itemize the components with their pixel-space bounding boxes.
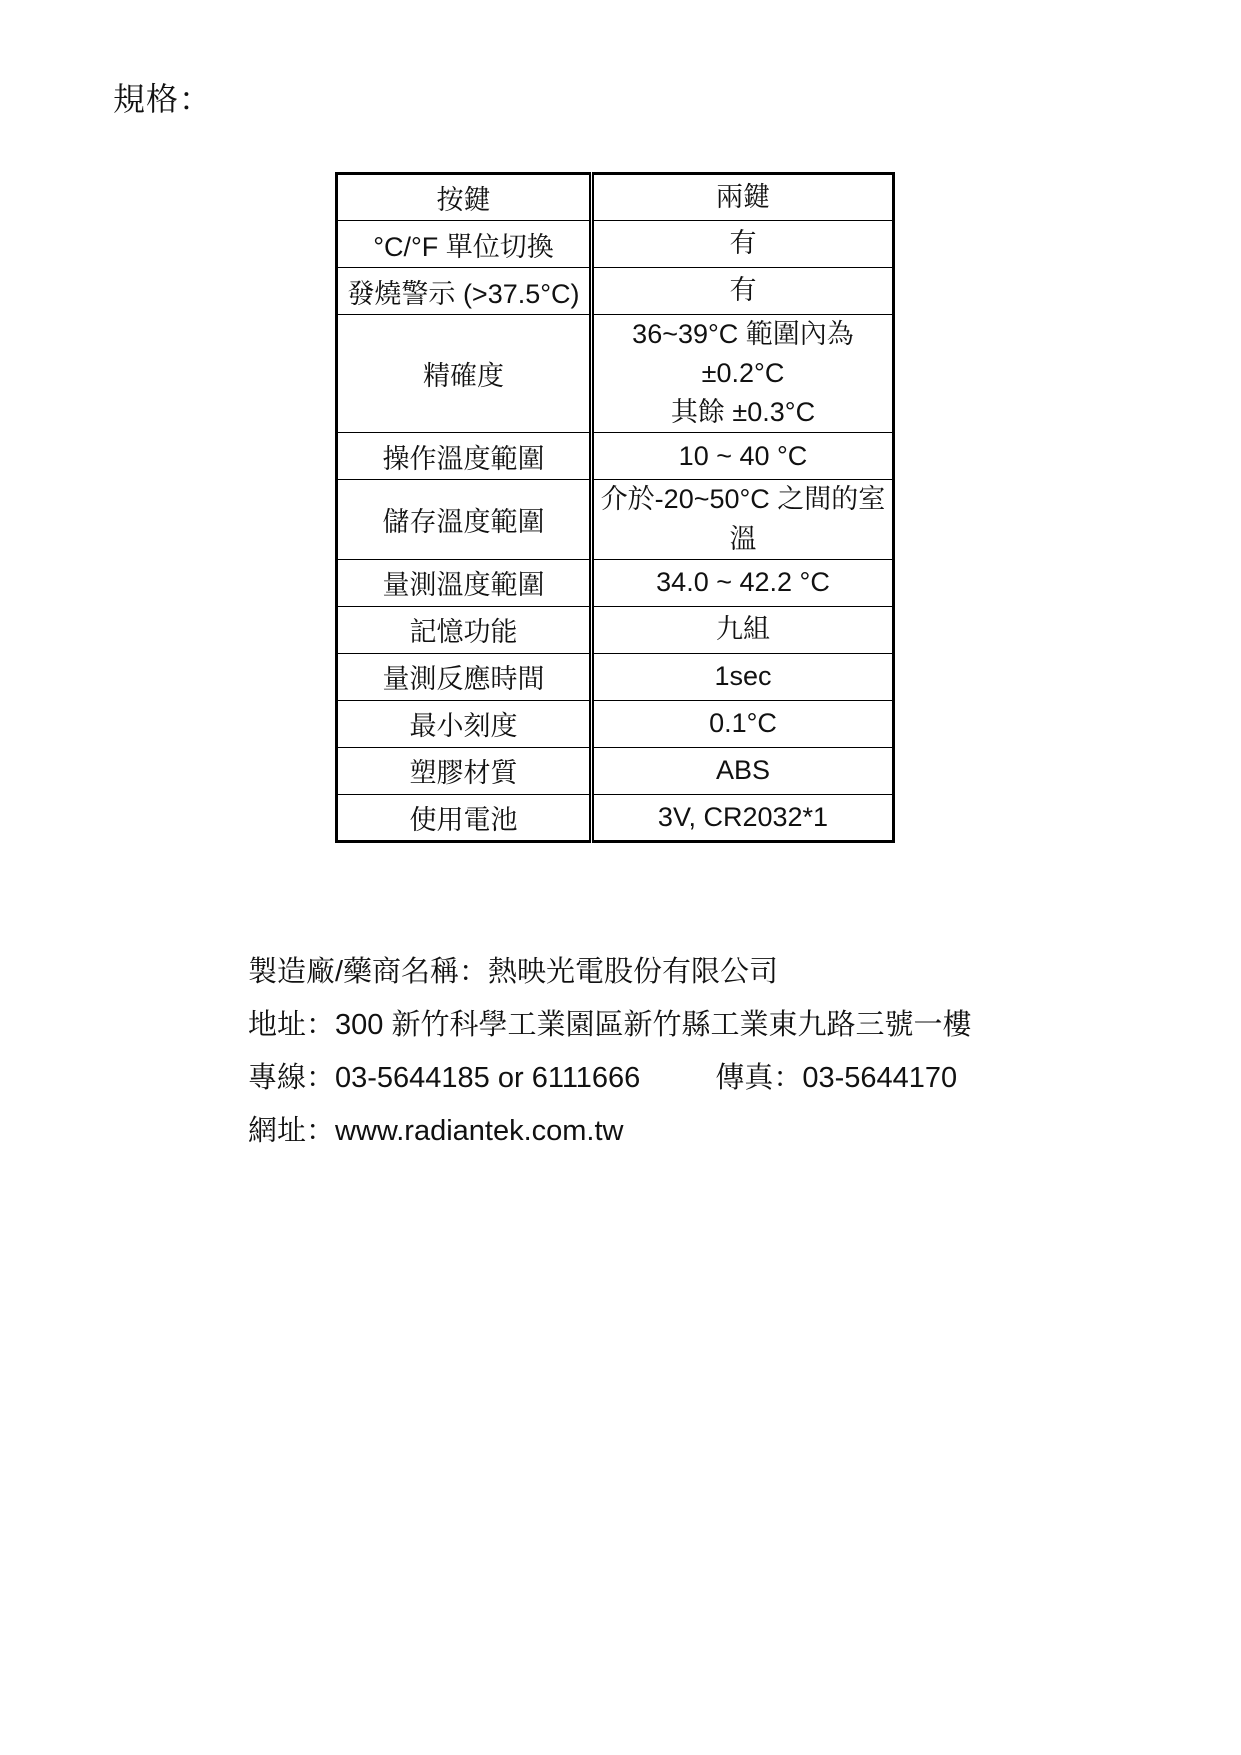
row-label: 塑膠材質 [337, 747, 592, 794]
row-value: 34.0 ~ 42.2 °C [592, 559, 894, 606]
table-row: 儲存溫度範圍 介於-20~50°C 之間的室溫 [337, 480, 894, 559]
row-label: 發燒警示 (>37.5°C) [337, 268, 592, 315]
row-label: 儲存溫度範圍 [337, 480, 592, 559]
table-row: 量測反應時間 1sec [337, 653, 894, 700]
row-label: 操作溫度範圍 [337, 433, 592, 480]
row-label: 最小刻度 [337, 700, 592, 747]
table-row: 發燒警示 (>37.5°C) 有 [337, 268, 894, 315]
row-label: 記憶功能 [337, 606, 592, 653]
row-label: 使用電池 [337, 794, 592, 841]
row-label: 量測溫度範圍 [337, 559, 592, 606]
manufacturer-info-block: 製造廠/藥商名稱：熱映光電股份有限公司 地址：300 新竹科學工業園區新竹縣工業… [248, 946, 971, 1158]
document-page: { "page": { "title": "規格：" }, "spec_tabl… [0, 0, 1241, 1755]
row-value: 介於-20~50°C 之間的室溫 [592, 480, 894, 559]
row-value: 0.1°C [592, 700, 894, 747]
table-row: 記憶功能 九組 [337, 606, 894, 653]
row-label: °C/°F 單位切換 [337, 221, 592, 268]
fax-text: 傳真：03-5644170 [715, 1062, 957, 1094]
row-value: 九組 [592, 606, 894, 653]
phone-fax-line: 專線：03-5644185 or 6111666傳真：03-5644170 [248, 1052, 971, 1105]
row-value: 3V, CR2032*1 [592, 794, 894, 841]
row-label: 按鍵 [337, 174, 592, 221]
row-value: 有 [592, 221, 894, 268]
table-row: 量測溫度範圍 34.0 ~ 42.2 °C [337, 559, 894, 606]
spec-table: 按鍵 兩鍵 °C/°F 單位切換 有 發燒警示 (>37.5°C) 有 精確度 … [335, 172, 895, 843]
row-value: 兩鍵 [592, 174, 894, 221]
phone-text: 專線：03-5644185 or 6111666 [248, 1062, 640, 1094]
page-title: 規格： [113, 74, 212, 120]
table-row: 使用電池 3V, CR2032*1 [337, 794, 894, 841]
row-value: 1sec [592, 653, 894, 700]
row-label: 量測反應時間 [337, 653, 592, 700]
website-line: 網址：www.radiantek.com.tw [248, 1105, 971, 1158]
table-row: 操作溫度範圍 10 ~ 40 °C [337, 433, 894, 480]
table-row: 最小刻度 0.1°C [337, 700, 894, 747]
row-value: 10 ~ 40 °C [592, 433, 894, 480]
row-value: 有 [592, 268, 894, 315]
manufacturer-line: 製造廠/藥商名稱：熱映光電股份有限公司 [248, 946, 971, 999]
table-row: °C/°F 單位切換 有 [337, 221, 894, 268]
table-row: 按鍵 兩鍵 [337, 174, 894, 221]
row-value: 36~39°C 範圍內為 ±0.2°C 其餘 ±0.3°C [592, 315, 894, 433]
table-row: 塑膠材質 ABS [337, 747, 894, 794]
row-value: ABS [592, 747, 894, 794]
address-line: 地址：300 新竹科學工業園區新竹縣工業東九路三號一樓 [248, 999, 971, 1052]
table-row: 精確度 36~39°C 範圍內為 ±0.2°C 其餘 ±0.3°C [337, 315, 894, 433]
row-label: 精確度 [337, 315, 592, 433]
